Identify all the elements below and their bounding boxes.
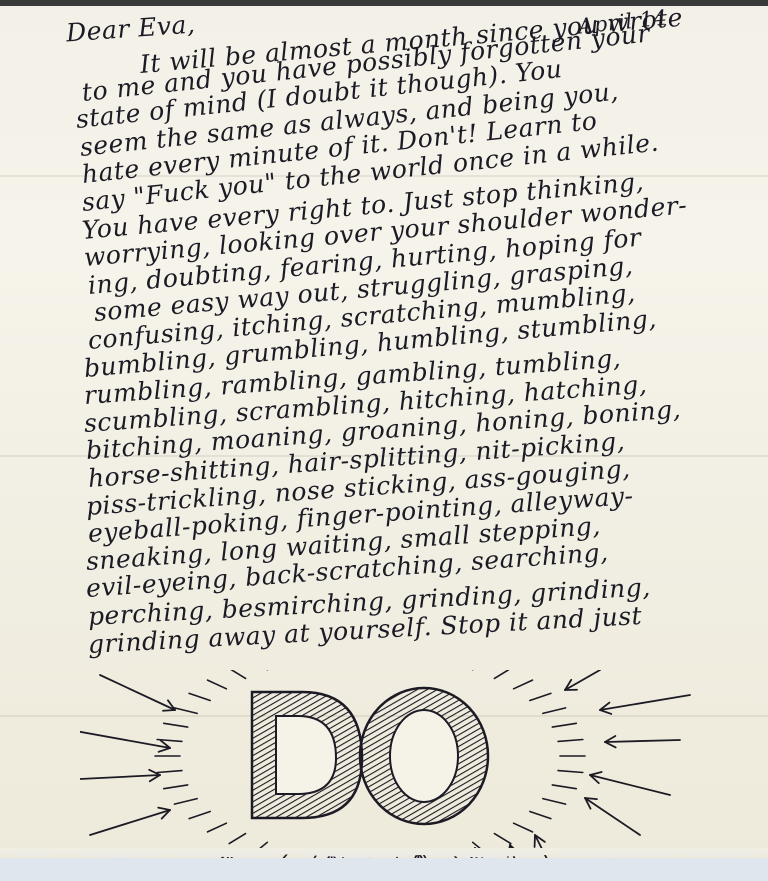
letter-page: Dear Eva, April 14 It will be almost a m… [0, 0, 768, 858]
radiating-arrows-drawing-icon [80, 670, 700, 860]
scan-background [0, 858, 768, 881]
letter-greeting: Dear Eva, [65, 10, 196, 48]
do-drawing [80, 670, 700, 860]
